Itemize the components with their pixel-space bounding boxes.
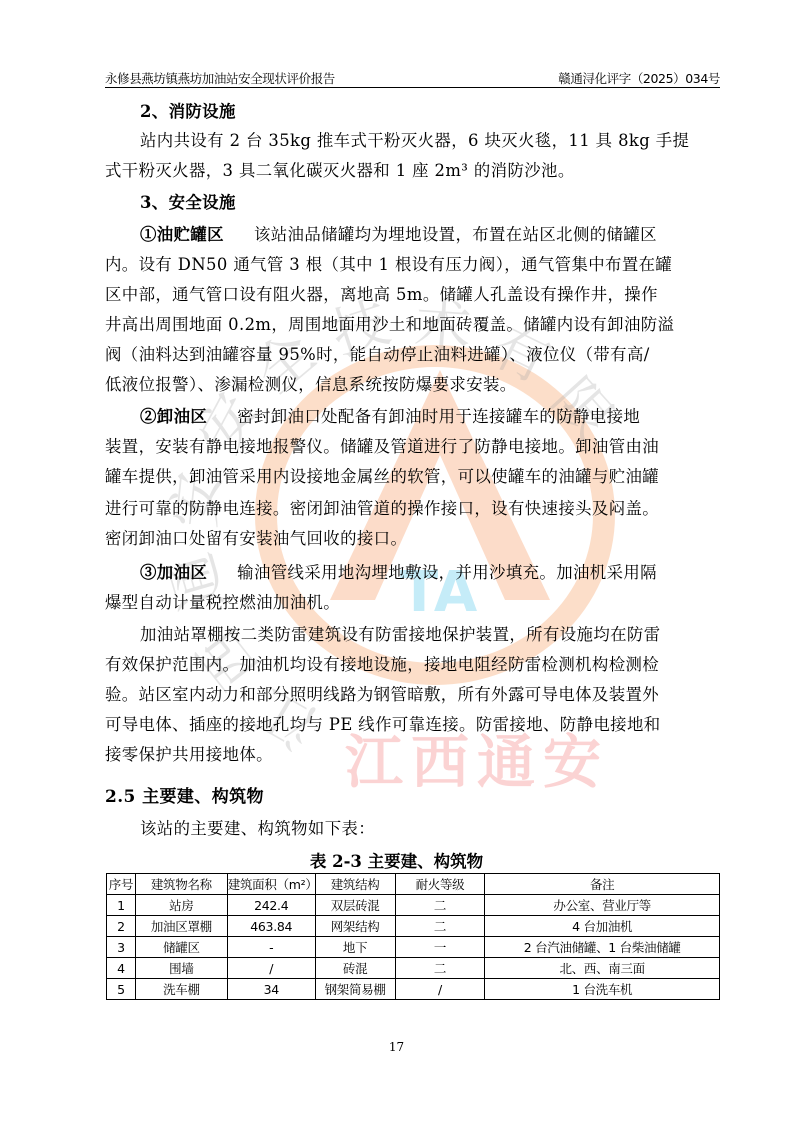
paragraph-refuel-first: ③加油区输油管线采用地沟埋地敷设，并用沙填充。加油机采用隔	[105, 561, 755, 585]
column-header: 建筑面积（m²）	[227, 874, 315, 895]
cell: 钢架简易棚	[315, 979, 395, 1000]
cell: 2 台汽油储罐、1 台柴油储罐	[485, 937, 720, 958]
page-number: 17	[0, 1040, 793, 1054]
cell: 地下	[315, 937, 395, 958]
cell: 二	[395, 958, 485, 979]
cell: 3	[107, 937, 136, 958]
paragraph-line: 罐车提供，卸油管采用内设接地金属丝的软管，可以使罐车的油罐与贮油罐	[105, 465, 720, 489]
table-row: 5 洗车棚 34 钢架简易棚 / 1 台洗车机	[107, 979, 720, 1000]
page-header: 永修县燕坊镇燕坊加油站安全现状评价报告 赣通浔化评字（2025）034号	[105, 67, 720, 88]
cell: 242.4	[227, 895, 315, 916]
table-row: 1 站房 242.4 双层砖混 二 办公室、营业厅等	[107, 895, 720, 916]
subsection-label-tank: ①油贮罐区	[140, 225, 224, 244]
cell: 4	[107, 958, 136, 979]
column-header: 建筑物名称	[135, 874, 227, 895]
cell: /	[227, 958, 315, 979]
table-row: 2 加油区罩棚 463.84 网架结构 二 4 台加油机	[107, 916, 720, 937]
cell: 1 台洗车机	[485, 979, 720, 1000]
cell: 1	[107, 895, 136, 916]
report-title: 永修县燕坊镇燕坊加油站安全现状评价报告	[105, 69, 335, 87]
paragraph-line: 井高出周围地面 0.2m，周围地面用沙土和地面砖覆盖。储罐内设有卸油防溢	[105, 313, 720, 337]
paragraph-line: 式干粉灭火器，3 具二氧化碳灭火器和 1 座 2m³ 的消防沙池。	[105, 159, 720, 183]
paragraph-line: 接零保护共用接地体。	[105, 743, 720, 767]
cell: 站房	[135, 895, 227, 916]
paragraph-line: 加油站罩棚按二类防雷建筑设有防雷接地保护装置，所有设施均在防雷	[105, 623, 755, 647]
paragraph-unload-first: ②卸油区密封卸油口处配备有卸油时用于连接罐车的防静电接地	[105, 405, 755, 429]
buildings-table: 序号 建筑物名称 建筑面积（m²） 建筑结构 耐火等级 备注 1 站房 242.…	[106, 873, 720, 1000]
cell: 463.84	[227, 916, 315, 937]
section-title-safety: 3、安全设施	[105, 191, 755, 215]
column-header: 序号	[107, 874, 136, 895]
paragraph-line: 密闭卸油口处留有安装油气回收的接口。	[105, 527, 720, 551]
cell: 34	[227, 979, 315, 1000]
paragraph-line: 阀（油料达到油罐容量 95%时，能自动停止油料进罐）、液位仪（带有高/	[105, 343, 720, 367]
cell: /	[395, 979, 485, 1000]
paragraph-tank-first: ①油贮罐区该站油品储罐均为埋地设置，布置在站区北侧的储罐区	[105, 223, 755, 247]
cell: 二	[395, 916, 485, 937]
paragraph-line: 进行可靠的防静电连接。密闭卸油管道的操作接口，设有快速接头及闷盖。	[105, 497, 720, 521]
cell: 砖混	[315, 958, 395, 979]
cell: 5	[107, 979, 136, 1000]
cell: 办公室、营业厅等	[485, 895, 720, 916]
cell: 4 台加油机	[485, 916, 720, 937]
cell: 双层砖混	[315, 895, 395, 916]
paragraph-line: 爆型自动计量税控燃油加油机。	[105, 591, 720, 615]
cell: 储罐区	[135, 937, 227, 958]
column-header: 耐火等级	[395, 874, 485, 895]
paragraph-line: 有效保护范围内。加油机均设有接地设施，接地电阻经防雷检测机构检测检	[105, 653, 720, 677]
cell: -	[227, 937, 315, 958]
table-row: 3 储罐区 - 地下 一 2 台汽油储罐、1 台柴油储罐	[107, 937, 720, 958]
cell: 二	[395, 895, 485, 916]
cell: 一	[395, 937, 485, 958]
paragraph-line: 内。设有 DN50 通气管 3 根（其中 1 根设有压力阀），通气管集中布置在罐	[105, 253, 720, 277]
paragraph-line: 验。站区室内动力和部分照明线路为钢管暗敷，所有外露可导电体及装置外	[105, 683, 720, 707]
paragraph-line: 区中部，通气管口设有阻火器，离地高 5m。储罐人孔盖设有操作井，操作	[105, 283, 720, 307]
subsection-label-refuel: ③加油区	[140, 563, 207, 582]
paragraph-line: 该站的主要建、构筑物如下表：	[105, 817, 755, 841]
cell: 洗车棚	[135, 979, 227, 1000]
section-heading-buildings: 2.5 主要建、构筑物	[105, 785, 720, 809]
cell: 加油区罩棚	[135, 916, 227, 937]
column-header: 建筑结构	[315, 874, 395, 895]
table-row: 4 围墙 / 砖混 二 北、西、南三面	[107, 958, 720, 979]
cell: 北、西、南三面	[485, 958, 720, 979]
document-page: 江 西 通 安 安 全 技 术 有 限 TA 江西通安 永修县燕坊镇燕坊加油站安…	[0, 0, 793, 1122]
table-header-row: 序号 建筑物名称 建筑面积（m²） 建筑结构 耐火等级 备注	[107, 874, 720, 895]
table-caption: 表 2-3 主要建、构筑物	[0, 848, 793, 872]
paragraph-line: 装置，安装有静电接地报警仪。储罐及管道进行了防静电接地。卸油管由油	[105, 435, 720, 459]
section-title-fire: 2、消防设施	[105, 100, 755, 124]
cell: 网架结构	[315, 916, 395, 937]
paragraph-line: 站内共设有 2 台 35kg 推车式干粉灭火器，6 块灭火毯，11 具 8kg …	[105, 129, 755, 153]
cell: 2	[107, 916, 136, 937]
column-header: 备注	[485, 874, 720, 895]
report-number: 赣通浔化评字（2025）034号	[558, 69, 720, 87]
paragraph-line: 可导电体、插座的接地孔均与 PE 线作可靠连接。防雷接地、防静电接地和	[105, 713, 720, 737]
paragraph-line: 低液位报警）、渗漏检测仪，信息系统按防爆要求安装。	[105, 373, 720, 397]
subsection-label-unload: ②卸油区	[140, 407, 207, 426]
cell: 围墙	[135, 958, 227, 979]
